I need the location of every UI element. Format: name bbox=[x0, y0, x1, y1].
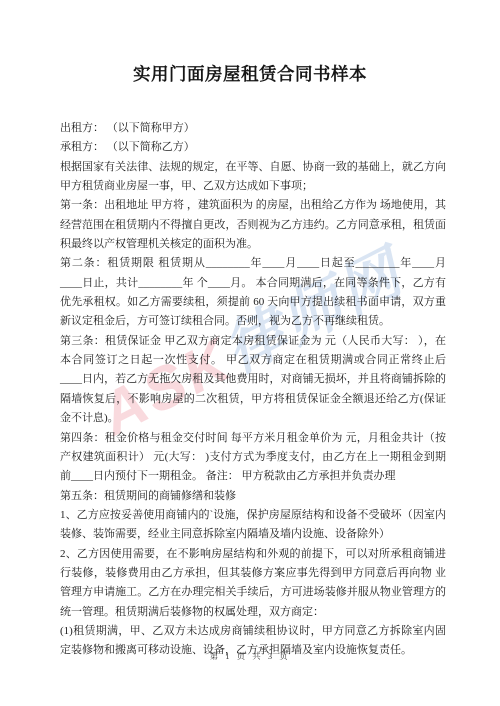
paragraph: 第二条：租赁期限 租赁期从________年____月____日起至______… bbox=[60, 254, 446, 331]
page-number-footer: 第 1 页 共 3 页 bbox=[0, 650, 500, 662]
paragraph: 第一条：出租地址 甲方将 ，建筑面积为 的房屋，出租给乙方作为 场地使用，其经营… bbox=[60, 196, 446, 254]
contract-page: ASK律师网 实用门面房屋租赁合同书样本 出租方： （以下简称甲方）承租方： （… bbox=[0, 0, 500, 706]
paragraph: 2、乙方因使用需要，在不影响房屋结构和外观的前提下，可以对所承租商铺进行装修，装… bbox=[60, 545, 446, 622]
paragraph: 第四条：租金价格与租金交付时间 每平方米月租金单价为 元，月租金共计（按产权建筑… bbox=[60, 429, 446, 487]
paragraph: 第三条：租赁保证金 甲乙双方商定本房租赁保证金为 元（人民币大写： ），在本合同… bbox=[60, 332, 446, 429]
paragraph: 根据国家有关法律、法规的规定，在平等、自愿、协商一致的基础上，就乙方向甲方租赁商… bbox=[60, 158, 446, 197]
paragraph: 出租方： （以下简称甲方） bbox=[60, 119, 446, 138]
document-title: 实用门面房屋租赁合同书样本 bbox=[0, 0, 500, 86]
paragraph: 1、乙方应按妥善使用商铺内的`设施，保护房屋原结构和设备不受破坏（因室内装修、装… bbox=[60, 506, 446, 545]
document-body: 出租方： （以下简称甲方）承租方： （以下简称乙方）根据国家有关法律、法规的规定… bbox=[60, 119, 446, 661]
paragraph: 第五条：租赁期间的商铺修缮和装修 bbox=[60, 487, 446, 506]
paragraph: 承租方： （以下简称乙方） bbox=[60, 138, 446, 157]
